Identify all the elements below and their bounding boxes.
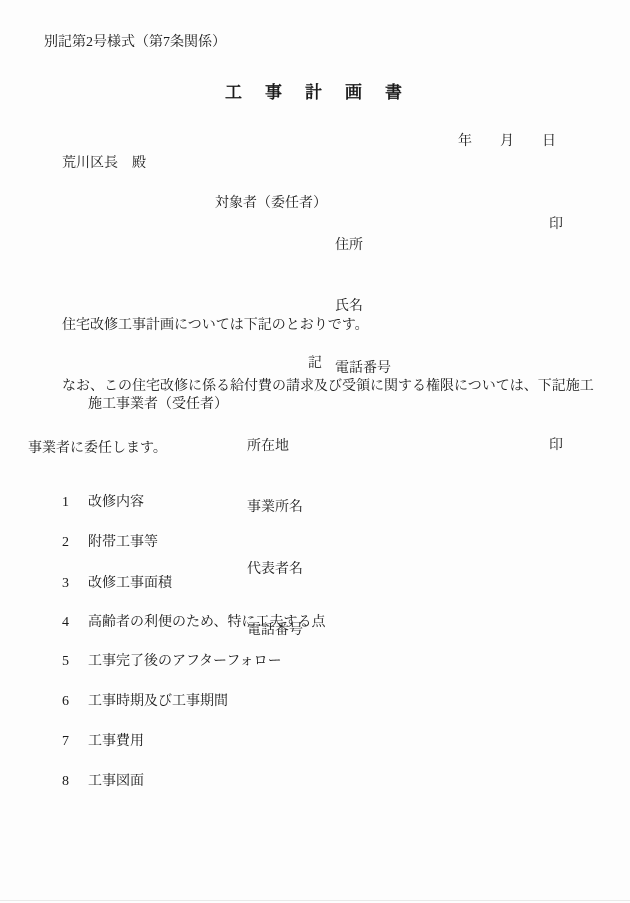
page-bottom-rule	[0, 900, 630, 901]
contractor-label: 施工事業者（受任者）	[88, 395, 228, 415]
list-item-label: 工事時期及び工事期間	[88, 693, 228, 711]
list-item: 4 高齢者の利便のため、特に工夫する点	[0, 614, 630, 632]
list-item-label: 工事図面	[88, 773, 144, 791]
list-item-label: 高齢者の利便のため、特に工夫する点	[88, 614, 325, 632]
list-item-number: 1	[62, 494, 69, 512]
body-line: 住宅改修工事計画については下記のとおりです。	[28, 315, 603, 336]
date-line: 年 月 日	[458, 132, 556, 152]
list-item-number: 3	[62, 575, 69, 593]
list-item: 8 工事図面	[0, 773, 630, 791]
document-title: 工 事 計 画 書	[0, 81, 630, 106]
delegator-address-label: 住所	[335, 235, 391, 256]
list-item-number: 6	[62, 693, 69, 711]
list-item-label: 工事費用	[88, 733, 144, 751]
delegator-label: 対象者（委任者）	[215, 194, 327, 214]
record-heading: 記	[0, 354, 630, 374]
list-item-number: 5	[62, 653, 69, 671]
list-item-label: 改修内容	[88, 494, 144, 512]
list-item: 2 附帯工事等	[0, 534, 630, 552]
list-item-number: 2	[62, 534, 69, 552]
list-item-label: 改修工事面積	[88, 575, 172, 593]
list-item-label: 附帯工事等	[88, 534, 158, 552]
body-paragraph: 住宅改修工事計画については下記のとおりです。 なお、この住宅改修に係る給付費の請…	[28, 274, 603, 499]
addressee: 荒川区長 殿	[62, 154, 146, 174]
delegator-seal-mark: 印	[549, 215, 563, 235]
contractor-address-label: 所在地	[247, 436, 303, 457]
body-line: 事業者に委任します。	[28, 438, 603, 459]
list-item-number: 8	[62, 773, 69, 791]
list-item-number: 4	[62, 614, 69, 632]
list-item: 5 工事完了後のアフターフォロー	[0, 653, 630, 671]
list-item: 6 工事時期及び工事期間	[0, 693, 630, 711]
document-page: 別記第2号様式（第7条関係） 工 事 計 画 書 年 月 日 荒川区長 殿 対象…	[0, 0, 630, 903]
list-item-label: 工事完了後のアフターフォロー	[88, 653, 282, 671]
list-item: 1 改修内容	[0, 494, 630, 512]
list-item: 3 改修工事面積	[0, 575, 630, 593]
form-number-note: 別記第2号様式（第7条関係）	[44, 33, 226, 53]
list-item-number: 7	[62, 733, 69, 751]
contractor-seal-mark: 印	[549, 436, 563, 456]
list-item: 7 工事費用	[0, 733, 630, 751]
